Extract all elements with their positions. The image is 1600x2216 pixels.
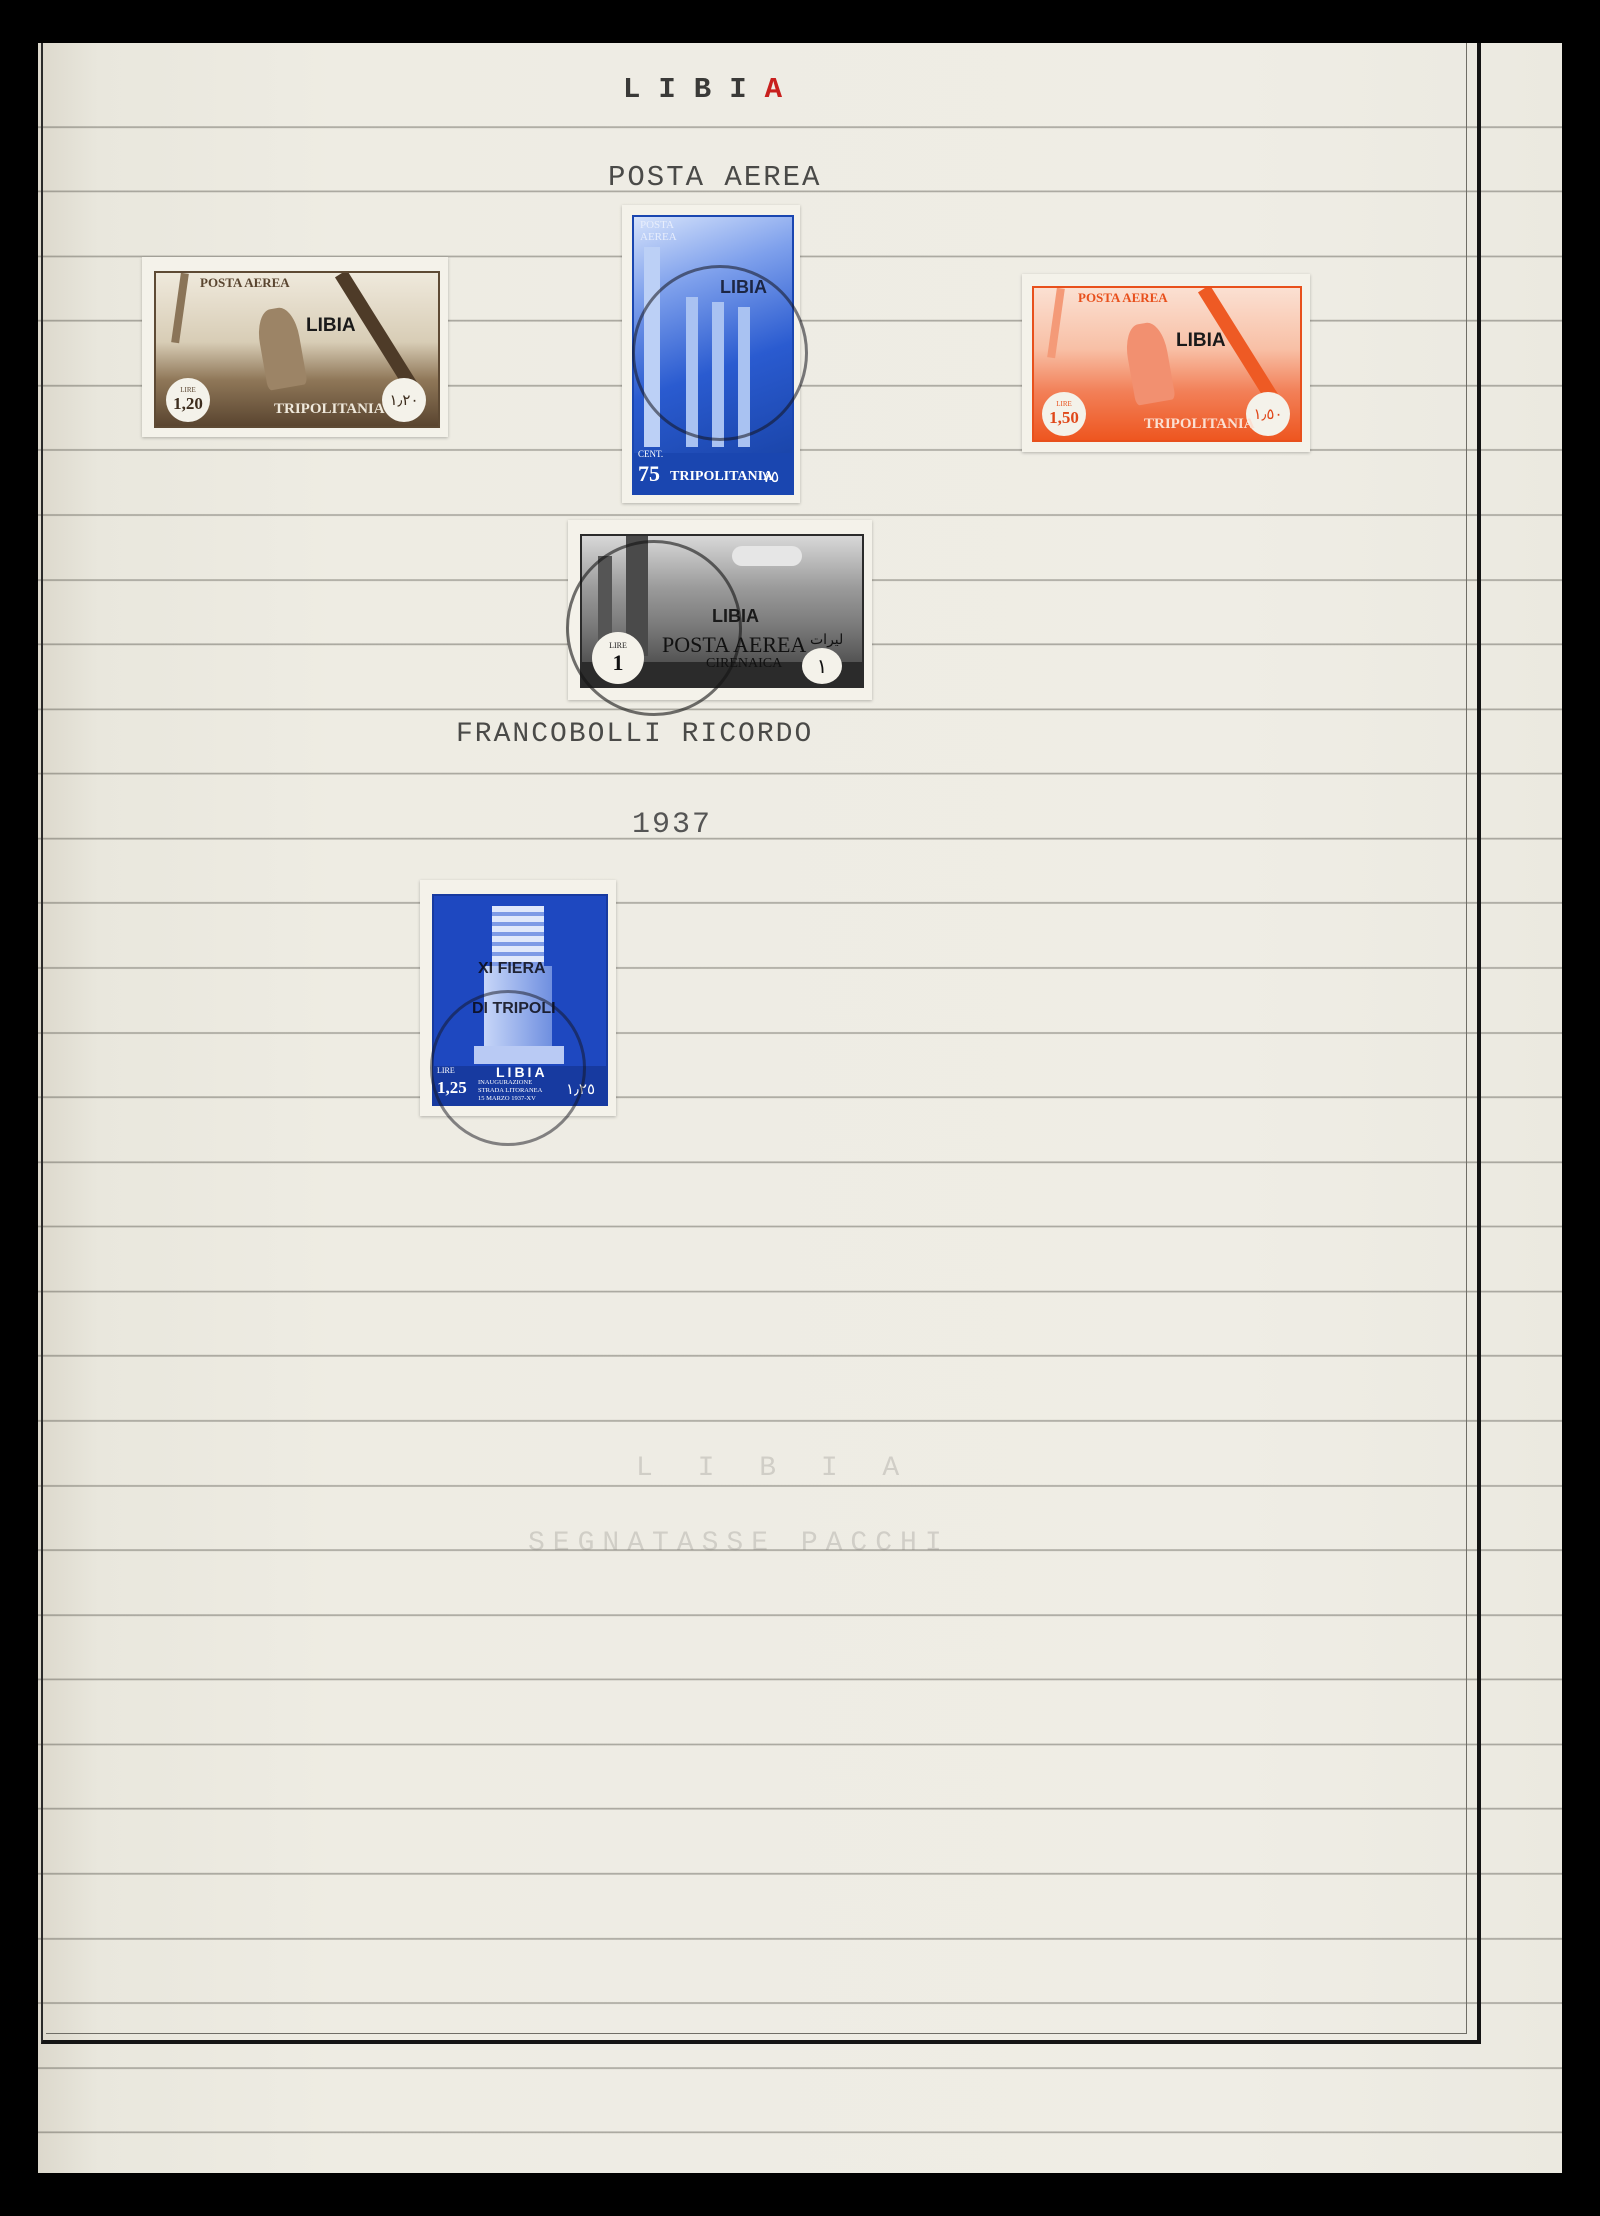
year-label: 1937 (632, 808, 712, 842)
arabic-value-circle: ١٫٢٠ (382, 378, 426, 422)
stamp-bottom-text: TRIPOLITANIA (670, 469, 773, 485)
stamp-tripolitania-75[interactable]: POSTA AEREA LIBIA CENT. 75 TRIPOLITANIA … (622, 205, 800, 503)
section-heading-commemorative: FRANCOBOLLI RICORDO (456, 719, 813, 750)
arabic-value: ١ (817, 654, 828, 679)
stamp-tripolitania-1-50[interactable]: POSTA AEREA LIBIA LIRE 1,50 ١٫٥٠ TRIPOLI… (1022, 274, 1310, 452)
overprint-line-1: XI FIERA (478, 960, 546, 978)
stamp-top-text: POSTA AEREA (1078, 290, 1168, 306)
value-circle: LIRE 1,20 (166, 378, 210, 422)
arabic-value-circle: ١ (802, 648, 842, 684)
ghost-subheading: SEGNATASSE PACCHI (528, 1528, 950, 1559)
arabic-value: ١٫٢٠ (389, 391, 418, 410)
stamp-design: POSTA AEREA LIBIA LIRE 1,50 ١٫٥٠ TRIPOLI… (1032, 286, 1302, 442)
ghost-heading: L I B I A (636, 1453, 913, 1484)
currency-label: LIRE (1056, 400, 1072, 408)
value-label: 75 (638, 461, 660, 487)
red-letter: A (765, 73, 800, 106)
arabic-value: ٧٥ (762, 467, 779, 487)
section-heading-airmail: POSTA AEREA (608, 161, 821, 194)
postmark (566, 540, 742, 716)
arabic-label: ليرات (810, 632, 843, 649)
page-title: LIBIA (623, 73, 800, 106)
stamp-cirenaica-1[interactable]: LIBIA POSTA AEREA CIRENAICA LIRE 1 ليرات… (568, 520, 872, 700)
postmark (632, 265, 808, 441)
stamp-overprint: LIBIA (1176, 330, 1226, 352)
stamp-bottom-text: TRIPOLITANIA (1144, 416, 1255, 433)
stamp-bottom-text: TRIPOLITANIA (274, 401, 385, 418)
stamp-top-text: POSTA AEREA (640, 219, 700, 243)
value-label: 1,50 (1049, 408, 1079, 428)
currency-label: CENT. (638, 449, 663, 459)
arabic-value: ١٫٥٠ (1253, 405, 1282, 424)
value-label: 1,20 (173, 394, 203, 414)
stamp-design: POSTA AEREA LIBIA LIRE 1,20 ١٫٢٠ TRIPOLI… (154, 271, 440, 428)
stamp-tripolitania-1-20[interactable]: POSTA AEREA LIBIA LIRE 1,20 ١٫٢٠ TRIPOLI… (142, 257, 448, 437)
postmark (430, 990, 586, 1146)
currency-label: LIRE (180, 386, 196, 394)
stamp-top-text: POSTA AEREA (200, 275, 290, 291)
stamp-libia-1-25-fiera[interactable]: XI FIERA DI TRIPOLI LIRE 1,25 LIBIA INAU… (420, 880, 616, 1116)
value-circle: LIRE 1,50 (1042, 392, 1086, 436)
stamp-overprint: LIBIA (306, 315, 356, 337)
